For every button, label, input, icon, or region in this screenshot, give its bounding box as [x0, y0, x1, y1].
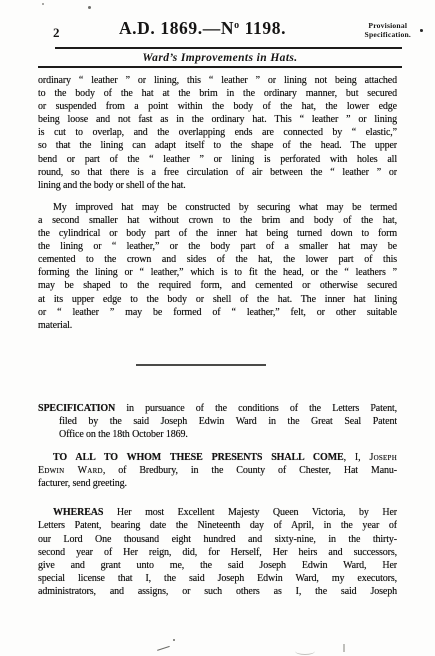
text-line: may be shaped to the required form, and … [38, 279, 397, 292]
text-segment: forming the lining or “ leather,” which … [38, 267, 397, 278]
text-segment: Letters Patent, bearing date the Ninetee… [38, 520, 397, 531]
text-segment: so that the lining can adapt itself to t… [38, 140, 397, 151]
text-line: WHEREAS Her most Excellent Majesty Queen… [38, 506, 397, 519]
text-segment: Her most Excellent Majesty Queen Victori… [103, 507, 397, 518]
section-divider [136, 364, 266, 366]
header-rule-top [55, 47, 402, 49]
text-line: material. [38, 319, 397, 332]
running-head: Ward’s Improvements in Hats. [38, 52, 402, 64]
text-line: special license that I, the said Joseph … [38, 572, 397, 585]
text-segment: or “ leather ” may be formed of “ leathe… [38, 307, 397, 318]
text-line: bend or part of the “ leather ” or linin… [38, 153, 397, 166]
text-segment: round, so that there is a free circulati… [38, 167, 397, 178]
text-segment: My improved hat may be constructed by se… [53, 202, 397, 213]
scan-artifact [295, 647, 315, 655]
text-segment: ordinary “ leather ” or lining, this “ l… [38, 75, 397, 86]
text-line: filed by the said Joseph Edwin Ward in t… [38, 415, 397, 428]
text-line: give and grant unto me, the said Joseph … [38, 559, 397, 572]
text-segment: Edwin Ward [38, 465, 103, 476]
text-segment: WHEREAS [53, 507, 103, 518]
text-segment: cemented to the crown and sides of the h… [38, 254, 397, 265]
title-tail: 1198. [240, 18, 286, 38]
text-segment: the cylindrical or body part of the inne… [38, 228, 397, 239]
text-segment: special license that I, the said Joseph … [38, 573, 397, 584]
text-segment: is cut to overlap, and the overlapping e… [38, 127, 397, 138]
text-line: or “ leather ” may be formed of “ leathe… [38, 306, 397, 319]
text-line: cemented to the crown and sides of the h… [38, 253, 397, 266]
text-segment: SPECIFICATION [38, 403, 115, 414]
text-line: a second smaller hat without crown to th… [38, 214, 397, 227]
text-line: forming the lining or “ leather,” which … [38, 266, 397, 279]
corner-note-line2: Specification. [365, 30, 411, 39]
text-line: at its upper edge to the body or shell o… [38, 293, 397, 306]
text-line: ordinary “ leather ” or lining, this “ l… [38, 74, 397, 87]
text-segment: bend or part of the “ leather ” or linin… [38, 154, 397, 165]
document-body: ordinary “ leather ” or lining, this “ l… [38, 68, 397, 598]
text-line: My improved hat may be constructed by se… [38, 201, 397, 214]
corner-note: Provisional Specification. [365, 21, 411, 39]
text-segment: the lining or “ leather,” or the body pa… [38, 241, 397, 252]
title-main: A.D. 1869.—N [119, 18, 234, 38]
text-segment: , I, [344, 452, 370, 463]
text-line: Edwin Ward, of Bredbury, in the County o… [38, 464, 397, 477]
text-line: is cut to overlap, and the overlapping e… [38, 126, 397, 139]
text-segment: , of Bredbury, in the County of Chester,… [103, 465, 397, 476]
text-line: SPECIFICATION in pursuance of the condit… [38, 402, 397, 415]
para-improved-hat: My improved hat may be constructed by se… [38, 201, 397, 332]
text-segment: or suspended from a point within the bod… [38, 101, 397, 112]
scan-artifact [343, 644, 345, 652]
text-line: lining and the body or shell of the hat. [38, 179, 397, 192]
scan-artifact [155, 640, 170, 651]
document-page: 2 A.D. 1869.—No 1198. Provisional Specif… [0, 0, 435, 656]
text-segment: at its upper edge to the body or shell o… [38, 294, 397, 305]
printers-mark [420, 29, 423, 32]
text-segment: give and grant unto me, the said Joseph … [38, 560, 397, 571]
text-line: the cylindrical or body part of the inne… [38, 227, 397, 240]
text-segment: to the body of the hat at the brim in th… [38, 88, 397, 99]
text-line: TO ALL TO WHOM THESE PRESENTS SHALL COME… [38, 451, 397, 464]
text-segment: Office on the 18th October 1869. [59, 429, 188, 440]
text-line: round, so that there is a free circulati… [38, 166, 397, 179]
text-line: facturer, send greeting. [38, 477, 397, 490]
text-segment: administrators, and assigns, or such oth… [38, 586, 397, 597]
text-segment: in pursuance of the conditions of the Le… [115, 403, 397, 414]
text-line: administrators, and assigns, or such oth… [38, 585, 397, 598]
text-line: the lining or “ leather,” or the body pa… [38, 240, 397, 253]
text-segment: filed by the said Joseph Edwin Ward in t… [59, 416, 397, 427]
text-line: Letters Patent, bearing date the Ninetee… [38, 519, 397, 532]
text-line: being loose and not fast as in the ordin… [38, 113, 397, 126]
text-line: our Lord One thousand eight hundred and … [38, 533, 397, 546]
text-segment: lining and the body or shell of the hat. [38, 180, 186, 191]
page-header: 2 A.D. 1869.—No 1198. Provisional Specif… [0, 0, 435, 46]
para-provisional-continuation: ordinary “ leather ” or lining, this “ l… [38, 74, 397, 192]
text-segment: being loose and not fast as in the ordin… [38, 114, 397, 125]
text-line: or suspended from a point within the bod… [38, 100, 397, 113]
text-line: to the body of the hat at the brim in th… [38, 87, 397, 100]
text-line: second year of Her reign, did, for Herse… [38, 546, 397, 559]
text-segment: our Lord One thousand eight hundred and … [38, 534, 397, 545]
para-whereas: WHEREAS Her most Excellent Majesty Queen… [38, 506, 397, 598]
text-segment: TO ALL TO WHOM THESE PRESENTS SHALL COME [53, 452, 344, 463]
text-segment: second year of Her reign, did, for Herse… [38, 547, 397, 558]
text-segment: facturer, send greeting. [38, 478, 127, 489]
text-segment: Joseph [369, 452, 397, 463]
text-segment: may be shaped to the required form, and … [38, 280, 397, 291]
scan-artifact [173, 639, 175, 641]
text-line: Office on the 18th October 1869. [38, 428, 397, 441]
text-segment: material. [38, 320, 72, 331]
text-segment: a second smaller hat without crown to th… [38, 215, 397, 226]
corner-note-line1: Provisional [365, 21, 411, 30]
para-specification: SPECIFICATION in pursuance of the condit… [38, 402, 397, 441]
para-greeting: TO ALL TO WHOM THESE PRESENTS SHALL COME… [38, 451, 397, 490]
text-line: so that the lining can adapt itself to t… [38, 139, 397, 152]
page-title: A.D. 1869.—No 1198. [0, 18, 405, 39]
